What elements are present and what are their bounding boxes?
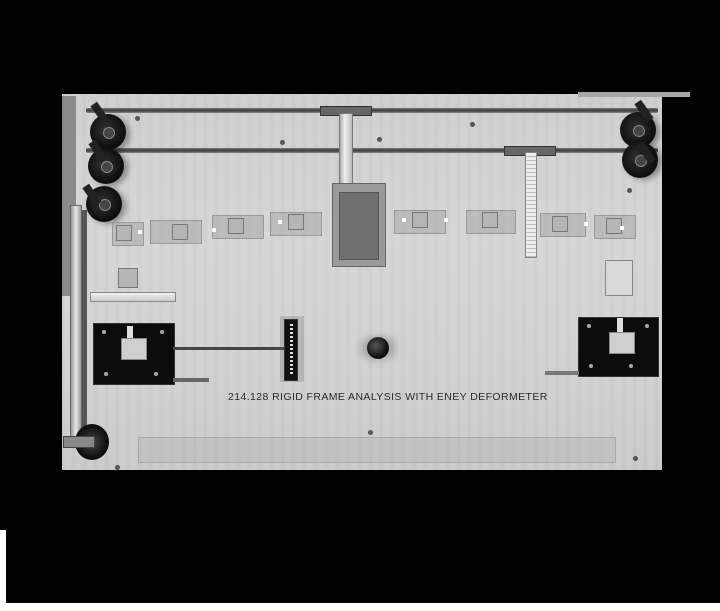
dial-scale <box>284 319 298 381</box>
pin <box>444 218 448 222</box>
connector-block <box>412 212 428 228</box>
pulley-bottom-left-icon <box>75 424 109 460</box>
vertical-support-bar <box>82 210 87 445</box>
pulley-middle-left-icon <box>88 148 124 184</box>
film-edge-bottom <box>6 603 720 611</box>
screw <box>135 116 140 121</box>
screw <box>633 456 638 461</box>
control-knob <box>367 337 389 359</box>
screw <box>368 430 373 435</box>
connector-block <box>482 212 498 228</box>
pin <box>138 230 142 234</box>
screw <box>280 140 285 145</box>
board-tape-edge <box>578 92 690 97</box>
pin <box>402 218 406 222</box>
connector-block <box>172 224 188 240</box>
upper-guide-rail <box>86 108 658 113</box>
photo-caption: 214.128 RIGID FRAME ANALYSIS WITH ENEY D… <box>228 391 548 403</box>
pin <box>620 226 624 230</box>
connector-block <box>228 218 244 234</box>
screw <box>377 137 382 142</box>
vertical-ruler-right <box>525 152 537 258</box>
lower-guide-rail <box>86 148 658 153</box>
adjust-bar <box>173 378 209 382</box>
deformeter-left <box>93 323 175 385</box>
screw <box>470 122 475 127</box>
pin <box>278 220 282 224</box>
connector-block <box>552 216 568 232</box>
transparent-strip <box>138 437 616 463</box>
pin <box>212 228 216 232</box>
adjust-bar <box>545 371 579 375</box>
support-block-right <box>605 260 633 296</box>
deformeter-right <box>578 317 659 377</box>
connector-block <box>118 268 138 288</box>
film-edge-left <box>0 530 6 611</box>
center-plate <box>332 183 386 267</box>
linkage-rod <box>173 347 285 350</box>
screw <box>115 465 120 470</box>
pin <box>584 222 588 226</box>
connector-block <box>116 225 132 241</box>
screw <box>627 188 632 193</box>
horizontal-arm <box>90 292 176 302</box>
vertical-frame-column <box>70 205 82 447</box>
connector-block <box>288 214 304 230</box>
